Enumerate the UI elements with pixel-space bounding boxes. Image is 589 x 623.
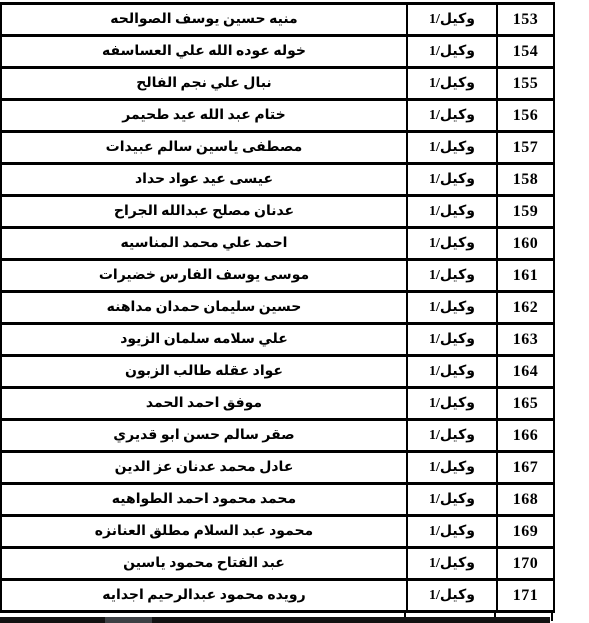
agent-type-cell: وكيل/1: [407, 196, 497, 228]
serial-number-cell: 160: [497, 228, 554, 260]
agent-name-cell: عبد الفتاح محمود ياسين: [1, 548, 407, 580]
table-row: 162وكيل/1حسين سليمان حمدان مداهنه: [1, 292, 554, 324]
table-row: 161وكيل/1موسى يوسف الفارس خضيرات: [1, 260, 554, 292]
table-row: 169وكيل/1محمود عبد السلام مطلق العنانزه: [1, 516, 554, 548]
serial-number-cell: 164: [497, 356, 554, 388]
agent-name-cell: ختام عبد الله عيد طحيمر: [1, 100, 407, 132]
table-row: 153وكيل/1منيه حسين يوسف الصوالحه: [1, 4, 554, 36]
agent-name-cell: منيه حسين يوسف الصوالحه: [1, 4, 407, 36]
agent-name-cell: صقر سالم حسن ابو قديري: [1, 420, 407, 452]
agent-name-cell: نبال علي نجم الفالح: [1, 68, 407, 100]
table-row: 166وكيل/1صقر سالم حسن ابو قديري: [1, 420, 554, 452]
agent-type-cell: وكيل/1: [407, 420, 497, 452]
agent-name-cell: خوله عوده الله علي العساسفه: [1, 36, 407, 68]
table-row: 168وكيل/1محمد محمود احمد الطواهيه: [1, 484, 554, 516]
agent-type-cell: وكيل/1: [407, 228, 497, 260]
table-row: 158وكيل/1عيسى عيد عواد حداد: [1, 164, 554, 196]
agent-name-cell: مصطفى ياسين سالم عبيدات: [1, 132, 407, 164]
agent-type-cell: وكيل/1: [407, 36, 497, 68]
agent-name-cell: محمد محمود احمد الطواهيه: [1, 484, 407, 516]
agent-name-cell: موسى يوسف الفارس خضيرات: [1, 260, 407, 292]
agent-type-cell: وكيل/1: [407, 100, 497, 132]
agent-name-cell: علي سلامه سلمان الزيود: [1, 324, 407, 356]
serial-number-cell: 171: [497, 580, 554, 612]
table-row: 167وكيل/1عادل محمد عدنان عز الدين: [1, 452, 554, 484]
agent-type-cell: وكيل/1: [407, 452, 497, 484]
serial-number-cell: 167: [497, 452, 554, 484]
table-row: 165وكيل/1موفق احمد الحمد: [1, 388, 554, 420]
agent-name-cell: احمد علي محمد المناسيه: [1, 228, 407, 260]
agent-type-cell: وكيل/1: [407, 388, 497, 420]
agent-name-cell: حسين سليمان حمدان مداهنه: [1, 292, 407, 324]
table-row: 155وكيل/1نبال علي نجم الفالح: [1, 68, 554, 100]
document-page: 153وكيل/1منيه حسين يوسف الصوالحه154وكيل/…: [0, 0, 589, 623]
serial-number-cell: 161: [497, 260, 554, 292]
serial-number-cell: 169: [497, 516, 554, 548]
agent-type-cell: وكيل/1: [407, 356, 497, 388]
serial-number-cell: 156: [497, 100, 554, 132]
agent-name-cell: عيسى عيد عواد حداد: [1, 164, 407, 196]
serial-number-cell: 154: [497, 36, 554, 68]
table-row: 156وكيل/1ختام عبد الله عيد طحيمر: [1, 100, 554, 132]
bottom-bar-segment: [105, 617, 152, 623]
serial-number-cell: 163: [497, 324, 554, 356]
agent-type-cell: وكيل/1: [407, 292, 497, 324]
table-row: 157وكيل/1مصطفى ياسين سالم عبيدات: [1, 132, 554, 164]
next-row-border-stub: [551, 613, 553, 621]
table-row: 171وكيل/1رويده محمود عبدالرحيم اجدايه: [1, 580, 554, 612]
serial-number-cell: 157: [497, 132, 554, 164]
agent-type-cell: وكيل/1: [407, 68, 497, 100]
serial-number-cell: 170: [497, 548, 554, 580]
agent-type-cell: وكيل/1: [407, 260, 497, 292]
agent-type-cell: وكيل/1: [407, 548, 497, 580]
serial-number-cell: 158: [497, 164, 554, 196]
agent-name-cell: موفق احمد الحمد: [1, 388, 407, 420]
agent-name-cell: عواد عقله طالب الزبون: [1, 356, 407, 388]
agent-name-cell: محمود عبد السلام مطلق العنانزه: [1, 516, 407, 548]
agent-type-cell: وكيل/1: [407, 324, 497, 356]
table-row: 154وكيل/1خوله عوده الله علي العساسفه: [1, 36, 554, 68]
serial-number-cell: 153: [497, 4, 554, 36]
table-row: 164وكيل/1عواد عقله طالب الزبون: [1, 356, 554, 388]
agent-type-cell: وكيل/1: [407, 132, 497, 164]
agent-type-cell: وكيل/1: [407, 484, 497, 516]
agent-type-cell: وكيل/1: [407, 164, 497, 196]
serial-number-cell: 159: [497, 196, 554, 228]
agent-name-cell: عدنان مصلح عبدالله الجراح: [1, 196, 407, 228]
agent-name-cell: رويده محمود عبدالرحيم اجدايه: [1, 580, 407, 612]
agent-name-cell: عادل محمد عدنان عز الدين: [1, 452, 407, 484]
serial-number-cell: 162: [497, 292, 554, 324]
serial-number-cell: 165: [497, 388, 554, 420]
agent-type-cell: وكيل/1: [407, 516, 497, 548]
serial-number-cell: 168: [497, 484, 554, 516]
table-row: 160وكيل/1احمد علي محمد المناسيه: [1, 228, 554, 260]
agents-table: 153وكيل/1منيه حسين يوسف الصوالحه154وكيل/…: [0, 2, 555, 613]
serial-number-cell: 166: [497, 420, 554, 452]
agent-type-cell: وكيل/1: [407, 580, 497, 612]
table-body: 153وكيل/1منيه حسين يوسف الصوالحه154وكيل/…: [1, 4, 554, 612]
serial-number-cell: 155: [497, 68, 554, 100]
table-row: 163وكيل/1علي سلامه سلمان الزيود: [1, 324, 554, 356]
agent-type-cell: وكيل/1: [407, 4, 497, 36]
table-row: 170وكيل/1عبد الفتاح محمود ياسين: [1, 548, 554, 580]
table-row: 159وكيل/1عدنان مصلح عبدالله الجراح: [1, 196, 554, 228]
bottom-bar: [0, 617, 550, 623]
